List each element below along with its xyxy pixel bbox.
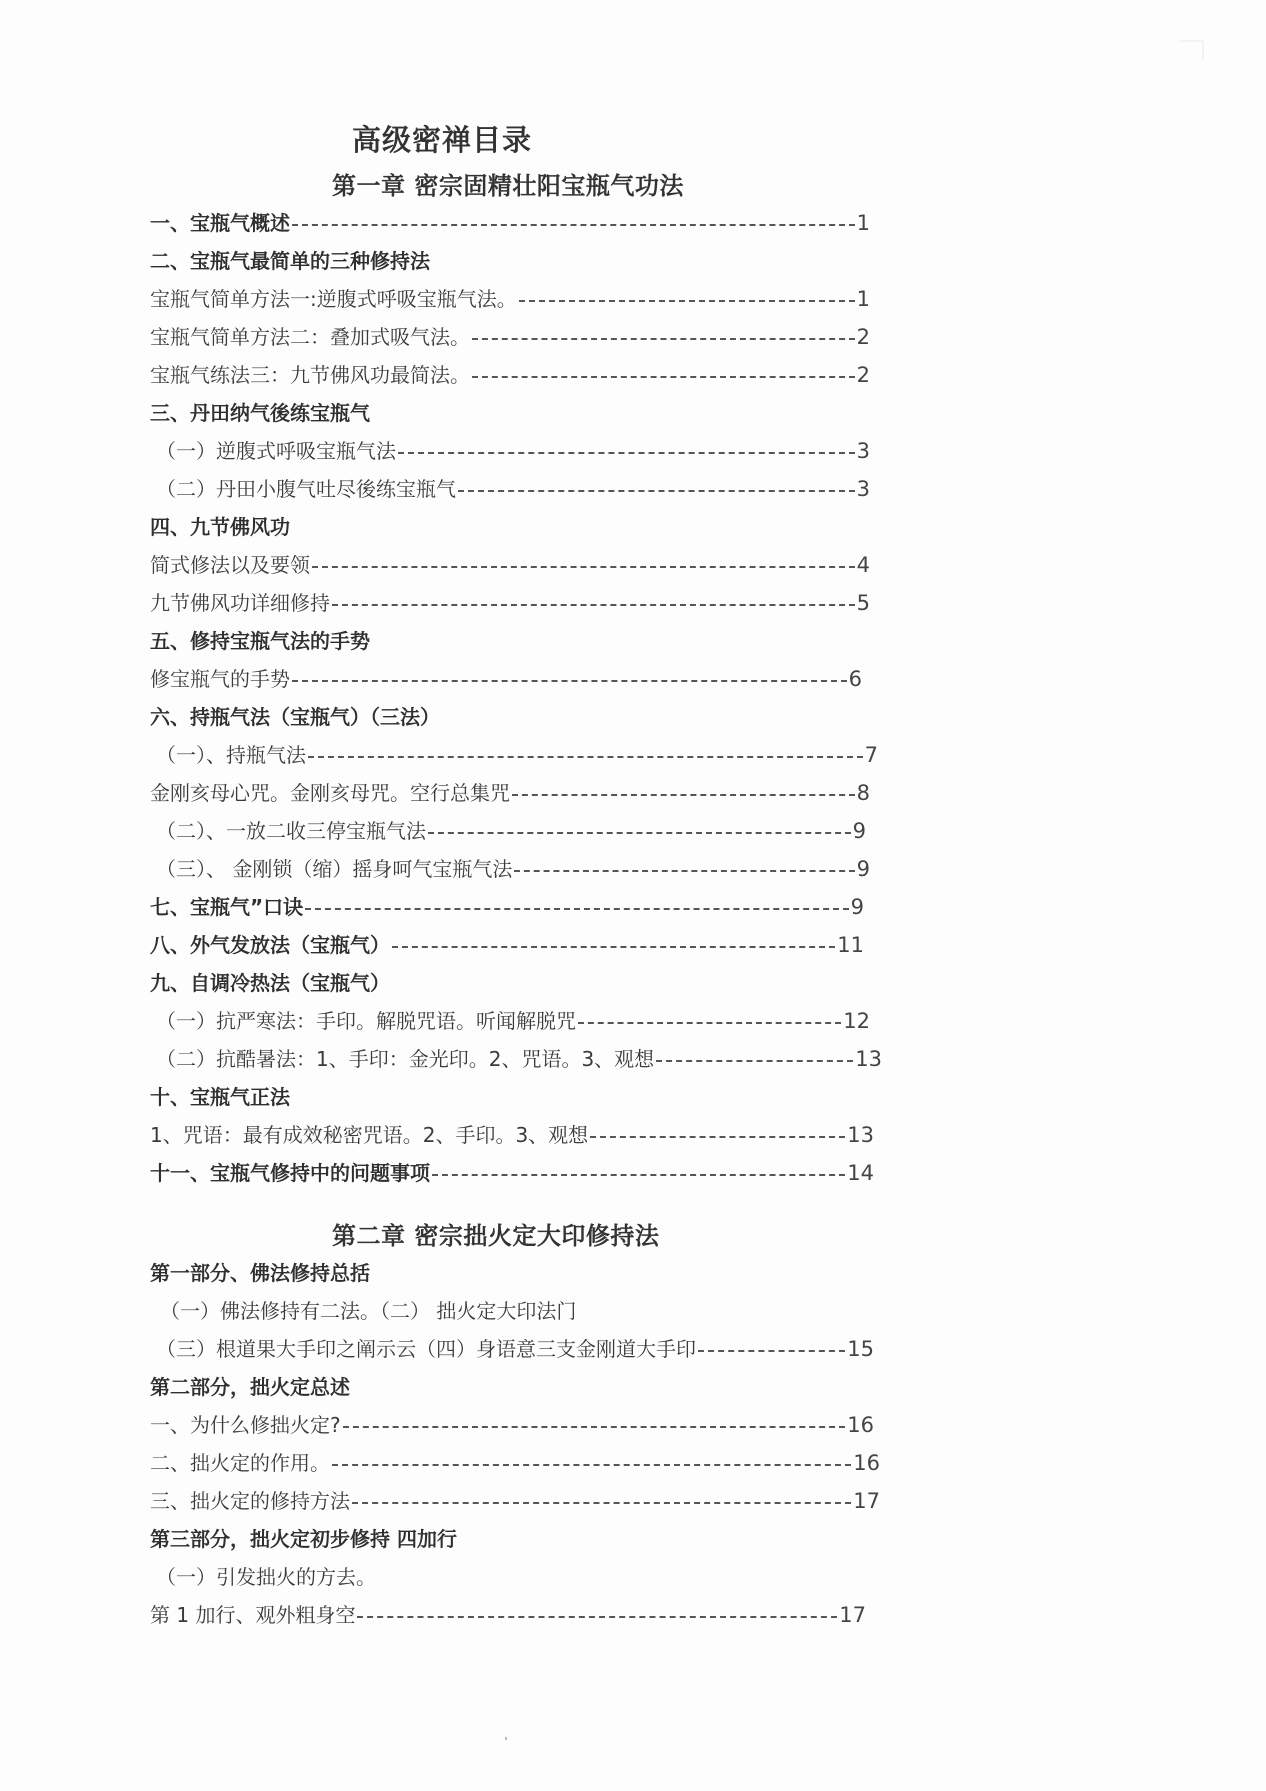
toc-entry[interactable]: （一）引发拙火的方去。 [156,1560,376,1594]
dot-leader [398,452,855,454]
dot-leader [292,224,855,226]
toc-entry-label: 一、为什么修拙火定? [150,1408,341,1442]
toc-entry[interactable]: 三、拙火定的修持方法17 [150,1484,880,1518]
toc-entry[interactable]: 七、宝瓶气”口诀9 [150,890,864,924]
toc-entry-label: 四、九节佛风功 [150,510,290,544]
chapter-1-heading: 第一章 密宗固精壮阳宝瓶气功法 [332,166,684,201]
dot-leader [472,338,855,340]
toc-entry-label: （二）、一放二收三停宝瓶气法 [156,814,426,848]
toc-entry-label: 修宝瓶气的手势 [150,662,290,696]
toc-entry[interactable]: 第一部分、佛法修持总括 [150,1256,370,1290]
toc-page-number: 13 [855,1042,882,1076]
dot-leader [514,870,854,872]
toc-entry-label: 十一、宝瓶气修持中的问题事项 [150,1156,430,1190]
toc-page-number: 15 [847,1332,874,1366]
toc-entry[interactable]: 一、宝瓶气概述1 [150,206,870,240]
dot-leader [308,756,863,758]
toc-page-number: 16 [847,1408,874,1442]
toc-entry[interactable]: 九、自调冷热法（宝瓶气） [150,966,390,1000]
toc-page-number: 1 [857,282,870,316]
toc-entry-label: 第一部分、佛法修持总括 [150,1256,370,1290]
toc-entry-label: （二）丹田小腹气吐尽後练宝瓶气 [156,472,456,506]
toc-entry[interactable]: 简式修法以及要领4 [150,548,870,582]
dot-leader [656,1060,853,1062]
toc-entry[interactable]: （一）佛法修持有二法。（二） 拙火定大印法门 [160,1294,576,1328]
scan-speck [505,1737,507,1740]
toc-entry-label: （二）抗酷暑法：1、手印：金光印。2、咒语。3、观想 [156,1042,654,1076]
toc-entry[interactable]: （一）逆腹式呼吸宝瓶气法3 [156,434,870,468]
toc-entry-label: 十、宝瓶气正法 [150,1080,290,1114]
toc-entry[interactable]: 六、持瓶气法（宝瓶气）（三法） [150,700,440,734]
toc-page-number: 2 [857,358,870,392]
toc-entry-label: 金刚亥母心咒。金刚亥母咒。空行总集咒 [150,776,510,810]
toc-entry-label: 九节佛风功详细修持 [150,586,330,620]
toc-page-number: 9 [851,890,864,924]
toc-entry[interactable]: 九节佛风功详细修持5 [150,586,870,620]
toc-entry[interactable]: 十、宝瓶气正法 [150,1080,290,1114]
toc-entry[interactable]: 宝瓶气简单方法二：叠加式吸气法。2 [150,320,870,354]
toc-entry-label: 二、宝瓶气最简单的三种修持法 [150,244,430,278]
toc-page-number: 9 [853,814,866,848]
dot-leader [428,832,851,834]
toc-entry[interactable]: （一）、持瓶气法7 [156,738,878,772]
toc-entry-label: 二、拙火定的作用。 [150,1446,330,1480]
toc-entry[interactable]: 八、外气发放法（宝瓶气） 11 [150,928,864,962]
toc-entry[interactable]: 修宝瓶气的手势6 [150,662,862,696]
toc-page-number: 13 [847,1118,874,1152]
toc-entry-label: 九、自调冷热法（宝瓶气） [150,966,390,1000]
toc-entry-label: （三）根道果大手印之阐示云（四）身语意三支金刚道大手印 [156,1332,696,1366]
toc-entry[interactable]: （二）、一放二收三停宝瓶气法9 [156,814,866,848]
toc-entry-label: 宝瓶气练法三：九节佛风功最简法。 [150,358,470,392]
toc-entry[interactable]: 二、宝瓶气最简单的三种修持法 [150,244,430,278]
toc-page-number: 9 [857,852,870,886]
toc-entry-label: 宝瓶气简单方法二：叠加式吸气法。 [150,320,470,354]
toc-entry[interactable]: 三、丹田纳气後练宝瓶气 [150,396,370,430]
toc-entry-label: 简式修法以及要领 [150,548,310,582]
toc-entry-label: 七、宝瓶气”口诀 [150,890,303,924]
toc-entry[interactable]: 第 1 加行、观外粗身空17 [150,1598,866,1632]
dot-leader [432,1174,845,1176]
toc-entry-label: （一）佛法修持有二法。（二） 拙火定大印法门 [160,1294,576,1328]
dot-leader [312,566,855,568]
dot-leader [332,1464,851,1466]
dot-leader [578,1022,841,1024]
toc-entry-label: 五、修持宝瓶气法的手势 [150,624,370,658]
toc-entry[interactable]: 宝瓶气简单方法一:逆腹式呼吸宝瓶气法。1 [150,282,870,316]
toc-entry-label: （一）逆腹式呼吸宝瓶气法 [156,434,396,468]
toc-entry[interactable]: 宝瓶气练法三：九节佛风功最简法。2 [150,358,870,392]
dot-leader [332,604,855,606]
toc-entry-label: 第二部分，拙火定总述 [150,1370,350,1404]
document-title: 高级密禅目录 [352,118,532,159]
toc-entry[interactable]: （二）丹田小腹气吐尽後练宝瓶气3 [156,472,870,506]
toc-entry[interactable]: 四、九节佛风功 [150,510,290,544]
toc-page-number: 12 [843,1004,870,1038]
toc-entry-label: 第三部分，拙火定初步修持 四加行 [150,1522,457,1556]
dot-leader [352,1502,851,1504]
toc-page-number: 7 [865,738,878,772]
scan-corner-mark [1180,40,1204,60]
toc-entry[interactable]: 第二部分，拙火定总述 [150,1370,350,1404]
toc-entry-label: （一）引发拙火的方去。 [156,1560,376,1594]
toc-entry-label: 1、咒语：最有成效秘密咒语。2、手印。3、观想 [150,1118,588,1152]
dot-leader [458,490,855,492]
toc-page-number: 6 [849,662,862,696]
toc-entry[interactable]: （三）、 金刚锁（缩）摇身呵气宝瓶气法9 [156,852,870,886]
toc-page-number: 16 [853,1446,880,1480]
toc-entry-label: 八、外气发放法（宝瓶气） [150,928,390,962]
chapter-2-heading: 第二章 密宗拙火定大印修持法 [332,1216,659,1251]
dot-leader [392,946,835,948]
dot-leader [305,908,848,910]
toc-entry[interactable]: （二）抗酷暑法：1、手印：金光印。2、咒语。3、观想13 [156,1042,882,1076]
toc-entry-label: 三、拙火定的修持方法 [150,1484,350,1518]
toc-page-number: 14 [847,1156,874,1190]
toc-page-number: 3 [857,434,870,468]
dot-leader [357,1616,837,1618]
toc-entry[interactable]: 金刚亥母心咒。金刚亥母咒。空行总集咒8 [150,776,870,810]
dot-leader [698,1350,845,1352]
dot-leader [472,376,855,378]
toc-entry[interactable]: （三）根道果大手印之阐示云（四）身语意三支金刚道大手印15 [156,1332,874,1366]
toc-page: 高级密禅目录 第一章 密宗固精壮阳宝瓶气功法 一、宝瓶气概述1二、宝瓶气最简单的… [0,0,1266,1791]
toc-entry-label: （一）、持瓶气法 [156,738,306,772]
toc-entry-label: （三）、 金刚锁（缩）摇身呵气宝瓶气法 [156,852,512,886]
toc-entry[interactable]: 二、拙火定的作用。16 [150,1446,880,1480]
toc-page-number: 17 [853,1484,880,1518]
toc-page-number: 8 [857,776,870,810]
toc-page-number: 1 [857,206,870,240]
dot-leader [590,1136,845,1138]
toc-entry[interactable]: 第三部分，拙火定初步修持 四加行 [150,1522,457,1556]
toc-entry-label: 第 1 加行、观外粗身空 [150,1598,355,1632]
toc-page-number: 4 [857,548,870,582]
toc-entry[interactable]: 十一、宝瓶气修持中的问题事项14 [150,1156,874,1190]
toc-page-number: 2 [857,320,870,354]
toc-page-number: 11 [837,928,864,962]
toc-entry-label: 宝瓶气简单方法一:逆腹式呼吸宝瓶气法。 [150,282,517,316]
toc-entry[interactable]: 一、为什么修拙火定? 16 [150,1408,874,1442]
toc-page-number: 5 [857,586,870,620]
toc-entry[interactable]: （一）抗严寒法：手印。解脱咒语。听闻解脱咒12 [156,1004,870,1038]
toc-page-number: 3 [857,472,870,506]
toc-entry-label: （一）抗严寒法：手印。解脱咒语。听闻解脱咒 [156,1004,576,1038]
toc-entry-label: 六、持瓶气法（宝瓶气）（三法） [150,700,440,734]
dot-leader [343,1426,846,1428]
toc-entry[interactable]: 1、咒语：最有成效秘密咒语。2、手印。3、观想13 [150,1118,874,1152]
dot-leader [519,300,855,302]
toc-entry-label: 三、丹田纳气後练宝瓶气 [150,396,370,430]
dot-leader [512,794,855,796]
toc-entry[interactable]: 五、修持宝瓶气法的手势 [150,624,370,658]
toc-entry-label: 一、宝瓶气概述 [150,206,290,240]
dot-leader [292,680,847,682]
toc-page-number: 17 [839,1598,866,1632]
